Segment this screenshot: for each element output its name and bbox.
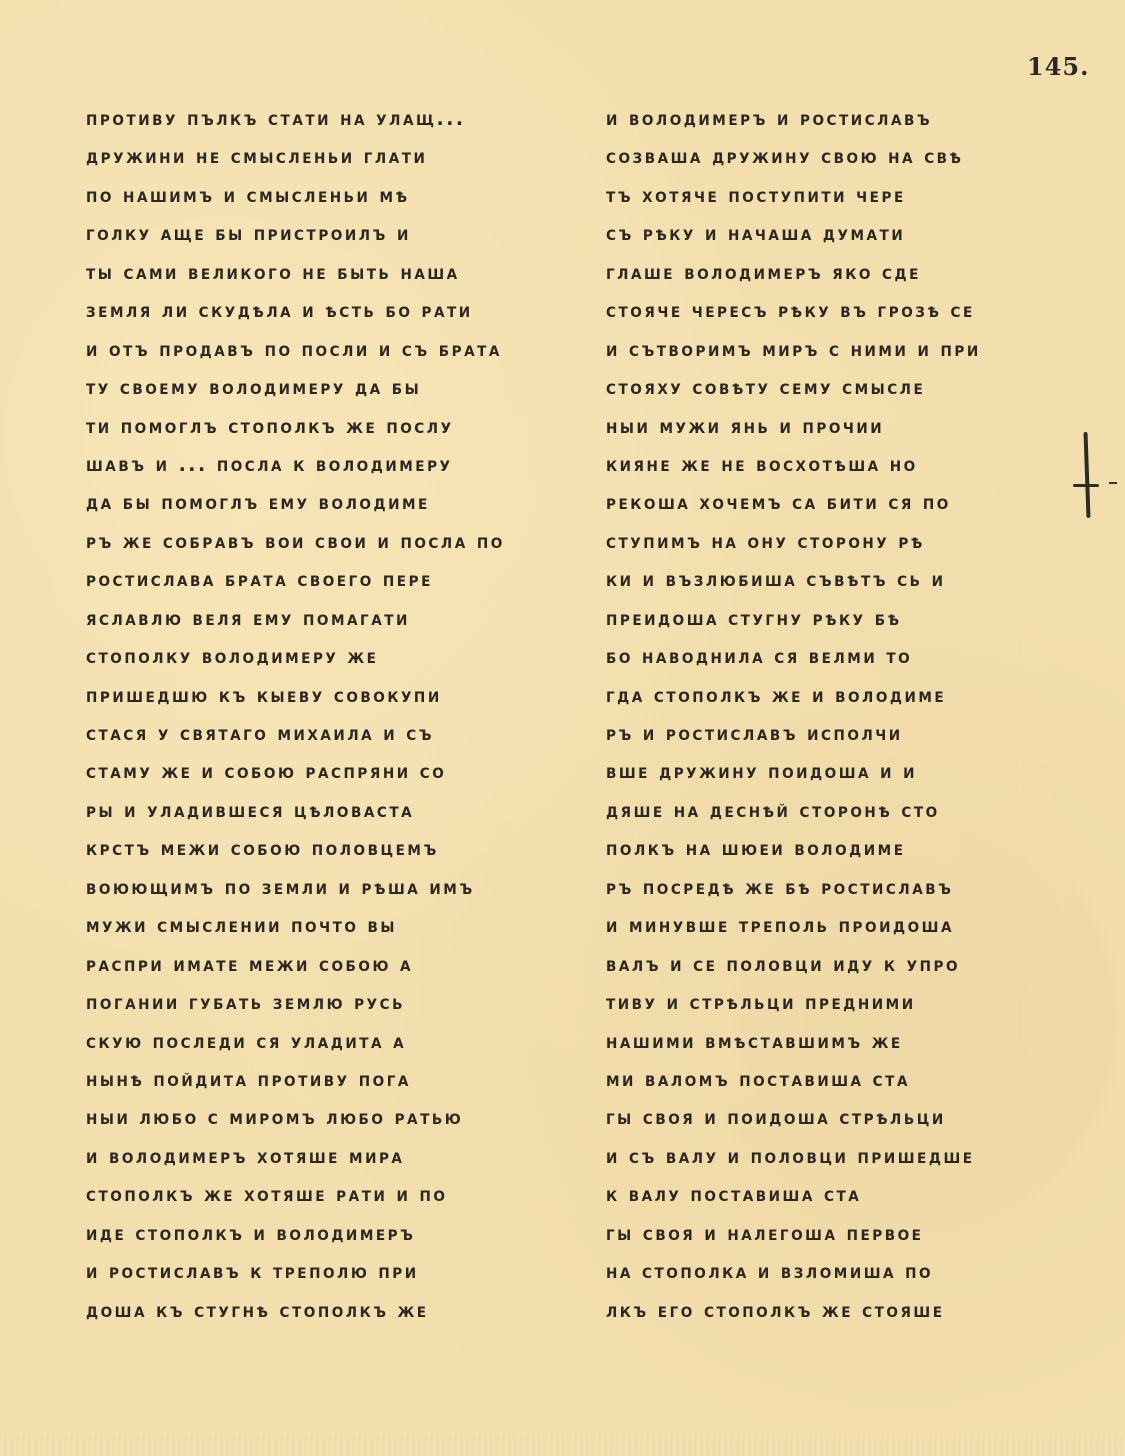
text-line: и сътворимъ миръ с ними и при: [606, 331, 1081, 369]
text-line: ръ и ростиславъ исполчи: [606, 715, 1081, 753]
text-line: и ростиславъ к треполю при: [86, 1253, 561, 1291]
text-line: тиву и стрѣльци предними: [606, 984, 1081, 1022]
text-line: съ рѣку и начаша думати: [606, 215, 1081, 253]
text-line: гы своя и налегоша первое: [606, 1215, 1081, 1253]
text-line: погании губать землю русь: [86, 984, 561, 1022]
text-line: и отъ продавъ по посли и съ брата: [86, 331, 561, 369]
text-line: ты сами великого не быть наша: [86, 254, 561, 292]
text-line: яславлю веля ему помагати: [86, 600, 561, 638]
margin-mark-horizontal-stroke: [1073, 484, 1099, 487]
text-line: шавъ и ... посла к володимеру: [86, 446, 561, 484]
text-line: ки и възлюбиша съвѣтъ сь и: [606, 561, 1081, 599]
text-line: ростислава брата своего пере: [86, 561, 561, 599]
text-line: и съ валу и половци пришедше: [606, 1138, 1081, 1176]
text-line: ту своему володимеру да бы: [86, 369, 561, 407]
text-line: нашими вмѣставшимъ же: [606, 1023, 1081, 1061]
text-line: крстъ межи собою половцемъ: [86, 830, 561, 868]
text-line: ныи мужи янь и прочии: [606, 408, 1081, 446]
text-line: земля ли скудѣла и ѣсть бо рати: [86, 292, 561, 330]
text-line: стаму же и собою распряни со: [86, 753, 561, 791]
text-line: полкъ на шюеи володиме: [606, 830, 1081, 868]
text-line: стополку володимеру же: [86, 638, 561, 676]
scan-edge: [0, 1436, 1125, 1456]
text-line: распри имате межи собою а: [86, 946, 561, 984]
text-line: стояче чересъ рѣку въ грозѣ се: [606, 292, 1081, 330]
text-line: гда стополкъ же и володиме: [606, 677, 1081, 715]
text-line: преидоша стугну рѣку бѣ: [606, 600, 1081, 638]
text-line: нынѣ пойдита противу пога: [86, 1061, 561, 1099]
text-line: воюющимъ по земли и рѣша имъ: [86, 869, 561, 907]
margin-mark-tick: [1109, 482, 1117, 484]
text-line: иде стополкъ и володимеръ: [86, 1215, 561, 1253]
right-text-column: и володимеръ и ростиславъ созваша дружин…: [606, 100, 1096, 1330]
text-line: стояху совѣту сему смысле: [606, 369, 1081, 407]
text-line: ръ же собравъ вои свои и посла по: [86, 523, 561, 561]
margin-mark-vertical-stroke: [1084, 432, 1091, 518]
text-line: ступимъ на ону сторону рѣ: [606, 523, 1081, 561]
text-line: глаше володимеръ яко сде: [606, 254, 1081, 292]
text-line: тъ хотяче поступити чере: [606, 177, 1081, 215]
text-line: и володимеръ и ростиславъ: [606, 100, 1081, 138]
left-text-column: противу пълкъ стати на улащ... дружини н…: [86, 100, 576, 1330]
text-line: и минувше треполь проидоша: [606, 907, 1081, 945]
text-line: по нашимъ и смысленьи мѣ: [86, 177, 561, 215]
text-line: мужи смыслении почто вы: [86, 907, 561, 945]
text-line: валъ и се половци иду к упро: [606, 946, 1081, 984]
text-line: голку аще бы пристроилъ и: [86, 215, 561, 253]
text-line: да бы помоглъ ему володиме: [86, 484, 561, 522]
text-line: стополкъ же хотяше рати и по: [86, 1176, 561, 1214]
text-line: дяше на деснѣй сторонѣ сто: [606, 792, 1081, 830]
text-line: к валу поставиша ста: [606, 1176, 1081, 1214]
text-line: лкъ его стополкъ же стояше: [606, 1292, 1081, 1330]
text-line: скую последи ся уладита а: [86, 1023, 561, 1061]
text-line: ныи любо с миромъ любо ратью: [86, 1099, 561, 1137]
text-line: рекоша хочемъ са бити ся по: [606, 484, 1081, 522]
text-line: стася у святаго михаила и съ: [86, 715, 561, 753]
text-line: кияне же не восхотѣша но: [606, 446, 1081, 484]
manuscript-page: 145. противу пълкъ стати на улащ... друж…: [0, 0, 1125, 1456]
text-line: пришедшю къ кыеву совокупи: [86, 677, 561, 715]
text-line: бо наводнила ся велми то: [606, 638, 1081, 676]
text-line: противу пълкъ стати на улащ...: [86, 100, 561, 138]
text-line: дружини не смысленьи глати: [86, 138, 561, 176]
text-line: созваша дружину свою на свѣ: [606, 138, 1081, 176]
text-line: ми валомъ поставиша ста: [606, 1061, 1081, 1099]
text-line: и володимеръ хотяше мира: [86, 1138, 561, 1176]
margin-cross-mark-icon: [1067, 432, 1107, 522]
page-number: 145.: [1027, 52, 1089, 81]
text-line: на стополка и взломиша по: [606, 1253, 1081, 1291]
text-line: ры и уладившеся цѣловаста: [86, 792, 561, 830]
text-line: ти помоглъ стополкъ же послу: [86, 408, 561, 446]
text-line: ръ посредѣ же бѣ ростиславъ: [606, 869, 1081, 907]
text-line: вше дружину поидоша и и: [606, 753, 1081, 791]
text-line: гы своя и поидоша стрѣльци: [606, 1099, 1081, 1137]
text-line: доша къ стугнѣ стополкъ же: [86, 1292, 561, 1330]
